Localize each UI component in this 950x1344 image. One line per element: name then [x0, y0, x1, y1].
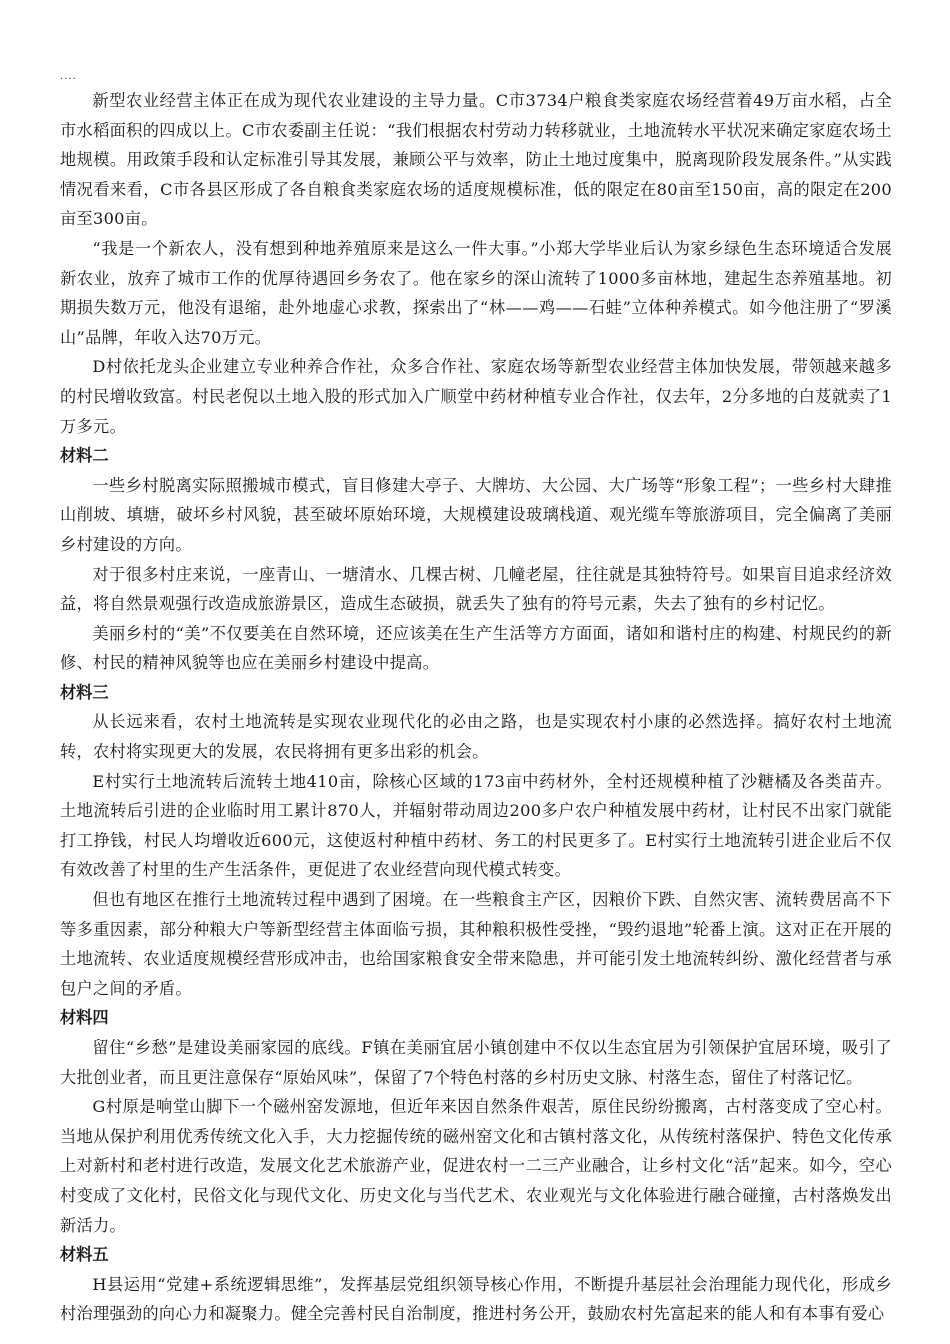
top-fragment: .... [60, 70, 892, 84]
section-intro: 新型农业经营主体正在成为现代农业建设的主导力量。C市3734户粮食类家庭农场经营… [60, 86, 892, 441]
paragraph: 一些乡村脱离实际照搬城市模式，盲目修建大亭子、大牌坊、大公园、大广场等“形象工程… [60, 471, 892, 560]
paragraph: D村依托龙头企业建立专业种养合作社，众多合作社、家庭农场等新型农业经营主体加快发… [60, 352, 892, 441]
section-heading: 材料四 [60, 1003, 892, 1033]
paragraph: E村实行土地流转后流转土地410亩，除核心区域的173亩中药材外，全村还规模种植… [60, 767, 892, 885]
paragraph: 留住“乡愁”是建设美丽家园的底线。F镇在美丽宜居小镇创建中不仅以生态宜居为引领保… [60, 1033, 892, 1092]
paragraph: H县运用“党建+系统逻辑思维”，发挥基层党组织领导核心作用，不断提升基层社会治理… [60, 1270, 892, 1329]
section-heading: 材料五 [60, 1240, 892, 1270]
section-material-3: 材料三 从长远来看，农村土地流转是实现农业现代化的必由之路，也是实现农村小康的必… [60, 678, 892, 1004]
paragraph: 新型农业经营主体正在成为现代农业建设的主导力量。C市3734户粮食类家庭农场经营… [60, 86, 892, 234]
paragraph: 对于很多村庄来说，一座青山、一塘清水、几棵古树、几幢老屋，往往就是其独特符号。如… [60, 560, 892, 619]
section-heading: 材料三 [60, 678, 892, 708]
document-page: .... 新型农业经营主体正在成为现代农业建设的主导力量。C市3734户粮食类家… [60, 70, 892, 1329]
paragraph: 美丽乡村的“美”不仅要美在自然环境，还应该美在生产生活等方方面面，诸如和谐村庄的… [60, 619, 892, 678]
section-material-5: 材料五 H县运用“党建+系统逻辑思维”，发挥基层党组织领导核心作用，不断提升基层… [60, 1240, 892, 1329]
paragraph: 从长远来看，农村土地流转是实现农业现代化的必由之路，也是实现农村小康的必然选择。… [60, 707, 892, 766]
paragraph: G村原是响堂山脚下一个磁州窑发源地，但近年来因自然条件艰苦，原住民纷纷搬离，古村… [60, 1092, 892, 1240]
section-heading: 材料二 [60, 441, 892, 471]
section-material-4: 材料四 留住“乡愁”是建设美丽家园的底线。F镇在美丽宜居小镇创建中不仅以生态宜居… [60, 1003, 892, 1240]
paragraph: 但也有地区在推行土地流转过程中遇到了困境。在一些粮食主产区，因粮价下跌、自然灾害… [60, 885, 892, 1003]
section-material-2: 材料二 一些乡村脱离实际照搬城市模式，盲目修建大亭子、大牌坊、大公园、大广场等“… [60, 441, 892, 678]
paragraph: “我是一个新农人，没有想到种地养殖原来是这么一件大事。”小郑大学毕业后认为家乡绿… [60, 234, 892, 352]
